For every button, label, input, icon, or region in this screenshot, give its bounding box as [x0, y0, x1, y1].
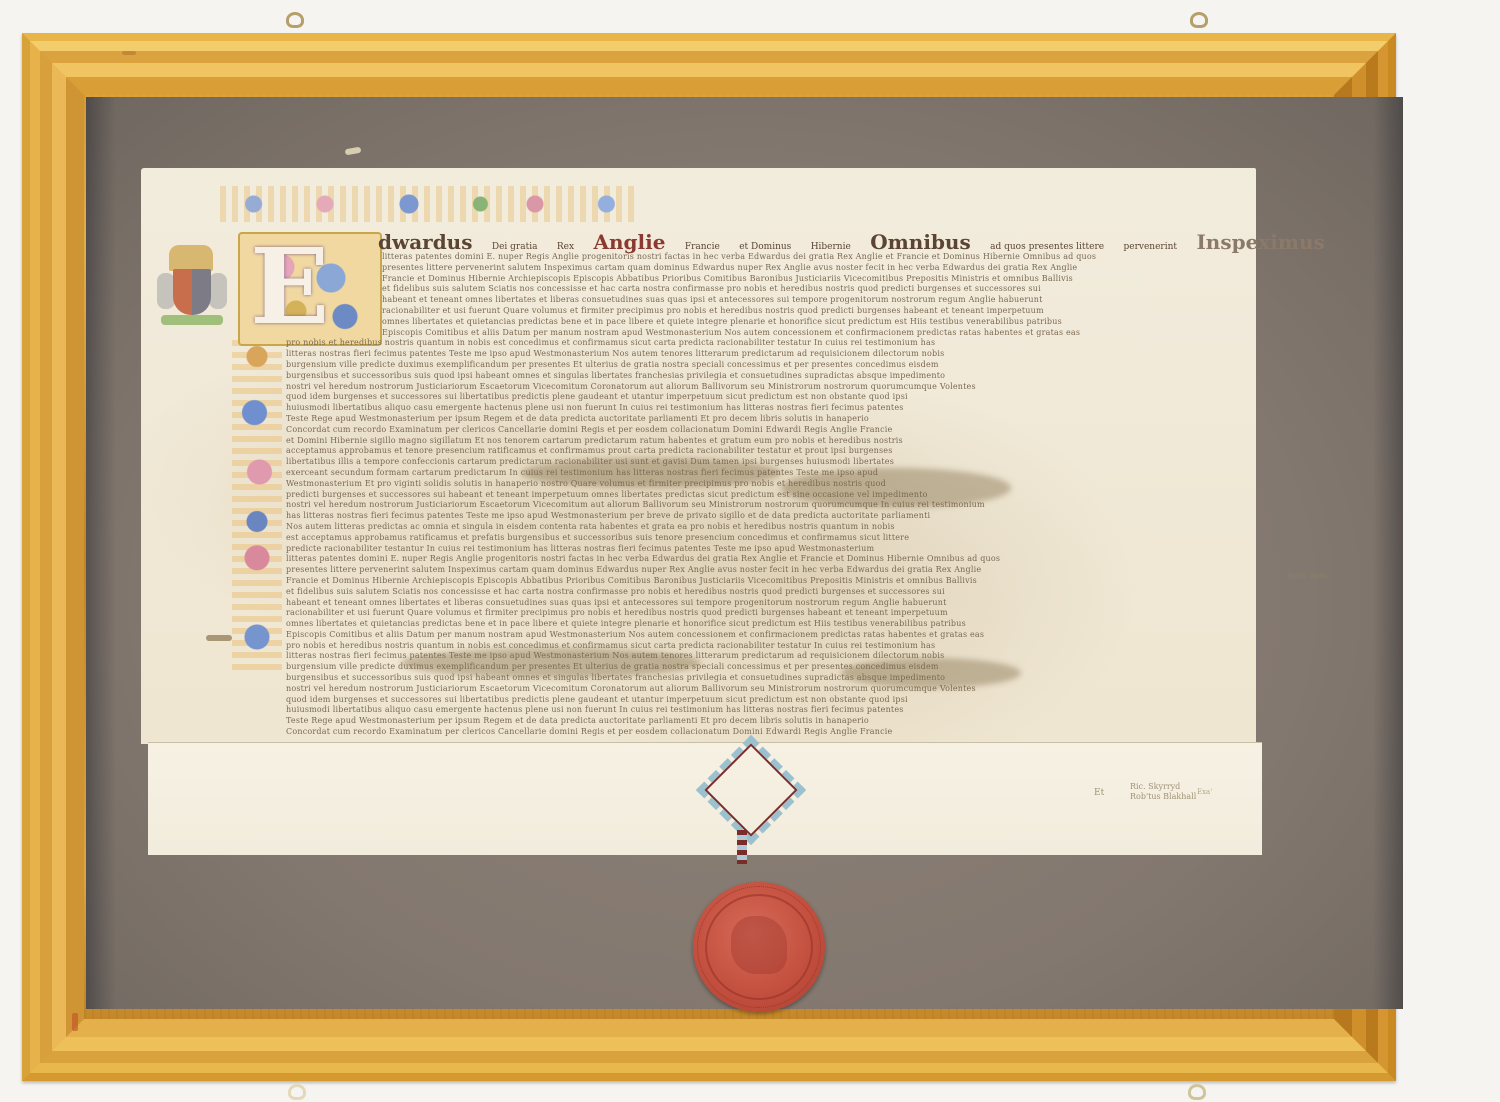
text-line: et fidelibus suis salutem Sciatis nos co…	[286, 587, 1101, 598]
text-line: Westmonasterium Et pro viginti solidis s…	[286, 479, 1101, 490]
text-line: et fidelibus suis salutem Sciatis nos co…	[382, 284, 1101, 295]
opening-word: Omnibus	[870, 230, 971, 254]
text-line: habeant et teneant omnes libertates et l…	[382, 295, 1101, 306]
text-line: has litteras nostras fieri fecimus paten…	[286, 511, 1101, 522]
opening-word: dwardus	[378, 230, 472, 254]
wax-seal	[693, 882, 825, 1012]
text-line: est acceptamus approbamus ratificamus et…	[286, 533, 1101, 544]
hanger-ring-bottom-right	[1188, 1084, 1206, 1100]
glass-shadow-right	[1373, 97, 1403, 1009]
text-line: pro nobis et heredibus nostris quantum i…	[286, 641, 1101, 652]
text-line: quod idem burgenses et successores sui l…	[286, 392, 1101, 403]
text-line: nostri vel heredum nostrorum Justiciario…	[286, 684, 1101, 695]
text-line: burgensibus et successoribus suis quod i…	[286, 673, 1101, 684]
text-line: huiusmodi libertatibus aliquo casu emerg…	[286, 705, 1101, 716]
examined-note: Exa'	[1197, 788, 1212, 796]
text-line: exerceant secundum formam cartarum predi…	[286, 468, 1101, 479]
frame-wear-mark	[72, 1013, 78, 1031]
ink-smudge	[206, 635, 232, 641]
text-line: Concordat cum recordo Examinatum per cle…	[286, 727, 1101, 738]
text-line: litteras patentes domini E. nuper Regis …	[286, 554, 1101, 565]
text-line: nostri vel heredum nostrorum Justiciario…	[286, 500, 1101, 511]
text-line: litteras patentes domini E. nuper Regis …	[382, 252, 1101, 263]
text-line: Francie et Dominus Hibernie Archiepiscop…	[382, 274, 1101, 285]
text-line: burgensibus et successoribus suis quod i…	[286, 371, 1101, 382]
text-line: litteras nostras fieri fecimus patentes …	[286, 651, 1101, 662]
illuminated-border-top	[220, 186, 640, 222]
text-line: libertatibus illis a tempore confeccioni…	[286, 457, 1101, 468]
text-line: presentes littere pervenerint salutem In…	[286, 565, 1101, 576]
opening-word: Dei gratia	[492, 242, 538, 252]
hanger-ring-top-right	[1190, 12, 1208, 28]
text-line: Nos autem litteras predictas ac omnia et…	[286, 522, 1101, 533]
text-line: quod idem burgenses et successores sui l…	[286, 695, 1101, 706]
text-line: Concordat cum recordo Examinatum per cle…	[286, 425, 1101, 436]
text-line: Teste Rege apud Westmonasterium per ipsu…	[286, 414, 1101, 425]
royal-arms-heraldry	[157, 245, 227, 335]
text-line: racionabiliter et usi fuerunt Quare volu…	[286, 608, 1101, 619]
opening-word: et Dominus	[739, 242, 791, 252]
text-line: burgensium ville predicte duximus exempl…	[286, 360, 1101, 371]
opening-word: Hibernie	[811, 242, 851, 252]
charter-text-body: litteras patentes domini E. nuper Regis …	[286, 252, 1101, 760]
opening-word: Inspeximus	[1196, 230, 1324, 254]
crown-icon	[169, 245, 213, 271]
text-line: Episcopis Comitibus et aliis Datum per m…	[286, 630, 1101, 641]
fold-mark: Et	[1094, 788, 1104, 798]
text-line: Episcopis Comitibus et aliis Datum per m…	[382, 328, 1101, 339]
shield-icon	[173, 269, 211, 315]
text-line: Teste Rege apud Westmonasterium per ipsu…	[286, 716, 1101, 727]
text-line: omnes libertates et quietancias predicta…	[286, 619, 1101, 630]
hanger-ring-bottom-left	[288, 1084, 306, 1100]
illuminated-border-left	[232, 340, 282, 670]
text-line: omnes libertates et quietancias predicta…	[382, 317, 1101, 328]
heraldic-supporter-right	[209, 273, 227, 309]
hanger-ring-top-left	[286, 12, 304, 28]
marginal-annotation: Jurat' Rolls	[1288, 572, 1327, 580]
text-line: litteras nostras fieri fecimus patentes …	[286, 349, 1101, 360]
text-line: acceptamus approbamus et tenore presenci…	[286, 446, 1101, 457]
clerk-signature-2: Rob'tus Blakhall	[1130, 792, 1196, 801]
opening-word: Francie	[685, 242, 720, 252]
text-line: presentes littere pervenerint salutem In…	[382, 263, 1101, 274]
text-line: Francie et Dominus Hibernie Archiepiscop…	[286, 576, 1101, 587]
text-line: burgensium ville predicte duximus exempl…	[286, 662, 1101, 673]
text-line: racionabiliter et usi fuerunt Quare volu…	[382, 306, 1101, 317]
text-line: huiusmodi libertatibus aliquo casu emerg…	[286, 403, 1101, 414]
clerk-signature-1: Ric. Skyrryd	[1130, 782, 1180, 791]
text-line: et Domini Hibernie sigillo magno sigilla…	[286, 436, 1101, 447]
text-line: predicti burgenses et successores sui ha…	[286, 490, 1101, 501]
equestrian-figure-icon	[731, 916, 787, 974]
opening-word: ad quos presentes littere	[990, 242, 1104, 252]
frame-wear-mark	[122, 51, 136, 55]
opening-line: dwardus Dei gratia Rex Anglie Francie et…	[378, 230, 1339, 250]
opening-word: Anglie	[593, 230, 665, 254]
glass-shadow-left	[86, 97, 116, 1009]
text-line: habeant et teneant omnes libertates et l…	[286, 598, 1101, 609]
heraldic-compartment	[161, 315, 223, 325]
seal-cord-tail	[737, 830, 747, 864]
text-line: pro nobis et heredibus nostris quantum i…	[286, 338, 1101, 349]
text-line: nostri vel heredum nostrorum Justiciario…	[286, 382, 1101, 393]
text-line: predicte racionabiliter testantur In cui…	[286, 544, 1101, 555]
opening-word: Rex	[557, 242, 574, 252]
opening-word: pervenerint	[1124, 242, 1178, 252]
